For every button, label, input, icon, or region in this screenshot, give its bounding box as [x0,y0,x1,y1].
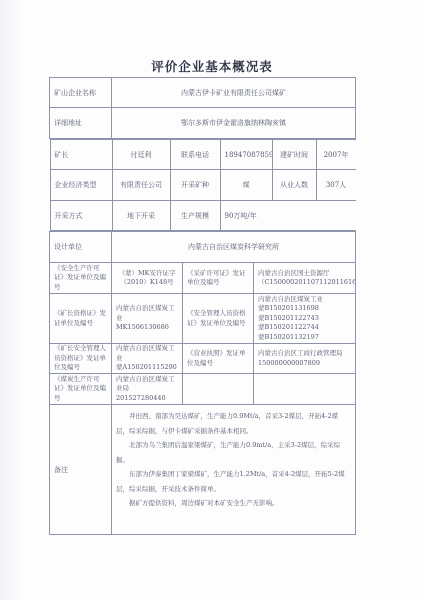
empty-cell [254,374,356,405]
remarks-paragraph: 据矿方提供资料，周边煤矿对本矿安全生产无影响。 [116,496,351,511]
manager-safety-cert-issuer: 内蒙古自治区煤炭工业 [116,344,178,363]
safety-mgmt-cert-value: 内蒙古自治区煤炭工业 蒙B150201131698 蒙B150201122743… [254,294,356,344]
safety-mgmt-cert-number: 蒙B150201132197 [258,333,351,343]
row-safety-permit: 《安全生产许可证》发证单位及编号 （蒙）MK安许证字（2010）K148号 《采… [50,263,356,294]
row-design-unit: 设计单位 内蒙古自治区煤炭科学研究所 [50,232,356,263]
business-license-label: 《营业执照》发证单位及编号 [183,344,254,374]
mineral-label: 开采矿种 [170,170,220,201]
phone-label: 联系电话 [170,140,220,170]
remarks-label: 备注 [50,405,112,535]
mining-permit-label: 《采矿许可证》发证单位及编号 [183,263,254,294]
row-manager: 矿长 付廷利 联系电话 18947087859 建矿时间 2007年 [50,140,356,170]
row-mine-name: 矿山企业名称 内蒙古伊卡矿业有限责任公司煤矿 [50,78,356,108]
phone-value: 18947087859 [220,140,272,170]
econ-type-label: 企业经济类型 [50,170,112,201]
scan-edge-shade [0,0,22,600]
mine-name-value: 内蒙古伊卡矿业有限责任公司煤矿 [112,78,356,108]
row-manager-cert: 《矿长资格证》发证单位及编号 内蒙古自治区煤炭工业 MK1506130686 《… [50,294,356,344]
mine-name-label: 矿山企业名称 [50,78,112,108]
manager-cert-label: 《矿长资格证》发证单位及编号 [50,294,112,344]
enterprise-overview-table: 矿山企业名称 内蒙古伊卡矿业有限责任公司煤矿 详细地址 鄂尔多斯市伊金霍洛旗纳林… [49,77,356,535]
coal-permit-issuer: 内蒙古自治区煤炭工业局 [116,375,178,394]
empty-cell [183,374,254,405]
row-group-basic: 矿长 付廷利 联系电话 18947087859 建矿时间 2007年 企业经济类… [50,139,356,232]
coal-permit-label: 《煤炭生产许可证》发证单位及编号 [50,374,112,405]
basic-info-subtable: 矿长 付廷利 联系电话 18947087859 建矿时间 2007年 企业经济类… [50,139,356,231]
remarks-paragraph: 东部为伊泰集团丁家梁煤矿，生产能力1.2Mt/a，首采4-2煤层，开拓5-2煤层… [116,467,351,496]
address-label: 详细地址 [50,108,112,139]
row-mining-method: 开采方式 地下开采 生产规模 90万吨/年 [50,201,356,231]
coal-permit-number: 201527280440 [116,394,178,404]
row-economy: 企业经济类型 有限责任公司 开采矿种 煤 从业人数 307人 [50,170,356,201]
design-unit-label: 设计单位 [50,232,112,263]
safety-permit-value: （蒙）MK安许证字（2010）K148号 [112,263,183,294]
coal-permit-value: 内蒙古自治区煤炭工业局 201527280440 [112,374,183,405]
remarks-paragraph: 北部为乌兰集团后温家梁煤矿，生产能力0.9mt/a，主采3-2煤层，综采综掘。 [116,438,351,467]
row-coal-permit: 《煤炭生产许可证》发证单位及编号 内蒙古自治区煤炭工业局 20152728044… [50,374,356,405]
design-unit-value: 内蒙古自治区煤炭科学研究所 [112,232,356,263]
safety-mgmt-cert-number: 蒙B150201122744 [258,323,351,333]
mining-permit-value: 内蒙古自治区国土资源厅（C1500002011071120116165） [254,263,356,294]
mining-method-value: 地下开采 [112,201,170,231]
safety-mgmt-cert-number: 蒙B150201131698 [258,304,351,314]
address-value: 鄂尔多斯市伊金霍洛旗纳林陶亥镇 [112,108,356,139]
manager-cert-value: 内蒙古自治区煤炭工业 MK1506130686 [112,294,183,344]
staff-label: 从业人数 [272,170,316,201]
scale-label: 生产规模 [170,201,220,231]
manager-safety-cert-label: 《矿长安全管理人员资格证》发证单位及编号 [50,344,112,374]
remarks-content: 井田西、南部为昊达煤矿，生产能力0.9Mt/a，首采3-2煤层，开拓4-2煤层，… [112,405,356,535]
staff-value: 307人 [316,170,356,201]
mineral-value: 煤 [220,170,272,201]
row-address: 详细地址 鄂尔多斯市伊金霍洛旗纳林陶亥镇 [50,108,356,139]
document-title: 评价企业基本概况表 [0,57,424,75]
manager-safety-cert-value: 内蒙古自治区煤炭工业 蒙A150201115290 [112,344,183,374]
mining-method-label: 开采方式 [50,201,112,231]
row-remarks: 备注 井田西、南部为昊达煤矿，生产能力0.9Mt/a，首采3-2煤层，开拓4-2… [50,405,356,535]
econ-type-value: 有限责任公司 [112,170,170,201]
built-label: 建矿时间 [272,140,316,170]
remarks-paragraph: 井田西、南部为昊达煤矿，生产能力0.9Mt/a，首采3-2煤层，开拓4-2煤层，… [116,409,351,438]
safety-permit-label: 《安全生产许可证》发证单位及编号 [50,263,112,294]
scale-value: 90万吨/年 [220,201,356,231]
row-manager-safety-cert: 《矿长安全管理人员资格证》发证单位及编号 内蒙古自治区煤炭工业 蒙A150201… [50,344,356,374]
safety-mgmt-cert-number: 蒙B150201122743 [258,314,351,324]
business-license-value: 内蒙古自治区工商行政管理局150000000007809 [254,344,356,374]
manager-value: 付廷利 [112,140,170,170]
manager-safety-cert-number: 蒙A150201115290 [116,363,178,373]
manager-cert-number: MK1506130686 [116,323,178,333]
manager-cert-issuer: 内蒙古自治区煤炭工业 [116,304,178,323]
safety-mgmt-cert-issuer: 内蒙古自治区煤炭工业 [258,295,351,305]
safety-mgmt-cert-label: 《安全管理人员资格证》发证单位及编号 [183,294,254,344]
manager-label: 矿长 [50,140,112,170]
built-value: 2007年 [316,140,356,170]
